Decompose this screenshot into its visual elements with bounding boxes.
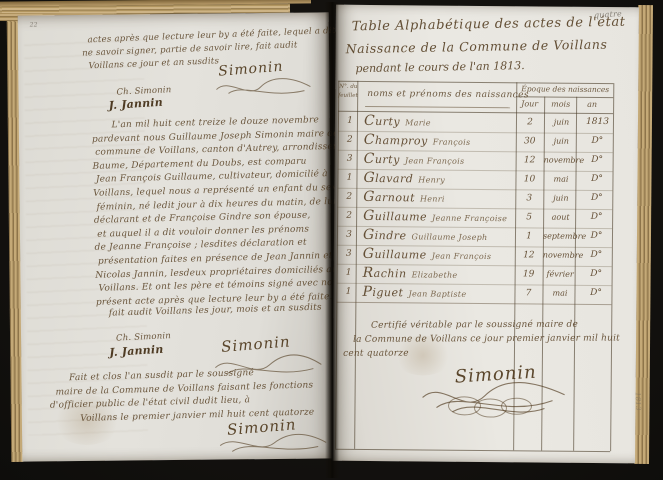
month-cell: juin: [543, 194, 578, 203]
surname: Rachin: [363, 267, 407, 280]
surname: Champroy: [364, 134, 428, 148]
table-title-line: pendant le cours de l'an 1813.: [355, 59, 524, 75]
given-name: Jean François: [405, 156, 465, 166]
given-name: Jean Baptiste: [408, 289, 466, 299]
year-cell: 1813: [579, 117, 616, 127]
given-name: Elizabethe: [412, 270, 458, 279]
names-column-header: noms et prénoms des naissances: [367, 89, 529, 100]
year-cell: D°: [579, 155, 616, 165]
given-name: Jeanne Françoise: [432, 214, 507, 224]
name-cell: CurtyJean François: [364, 151, 465, 168]
folio-cell: 3: [341, 249, 357, 259]
day-cell: 2: [516, 117, 544, 127]
table-top-rule: [338, 81, 613, 84]
name-cell: GuillaumeJean François: [363, 246, 492, 263]
epoch-header-rule: [516, 96, 613, 98]
folio-cell: 1: [342, 116, 358, 126]
year-cell: D°: [578, 174, 615, 184]
name-cell: ChamproyFrançois: [364, 132, 471, 149]
signature-flourish: [214, 432, 332, 457]
year-cell: D°: [577, 288, 614, 298]
day-cell: 12: [515, 250, 543, 260]
table-title-line: Naissance de la Commune de Voillans: [346, 37, 608, 57]
year-cell: D°: [578, 231, 615, 241]
book-gutter-shadow: [325, 2, 339, 478]
month-cell: juin: [544, 118, 579, 127]
folio-cell: 3: [341, 230, 357, 240]
left-page: 22 actes après que lecture leur by a été…: [18, 12, 334, 461]
given-name: Jean François: [432, 252, 492, 262]
witness-signature: J. Jannin: [108, 96, 163, 112]
month-cell: juin: [544, 137, 579, 146]
surname: Guillaume: [363, 248, 427, 262]
surname: Glavard: [363, 172, 413, 185]
day-cell: 30: [516, 136, 544, 146]
year-cell: D°: [578, 269, 615, 279]
year-cell: D°: [579, 136, 616, 146]
signature-flourish: [412, 377, 582, 422]
month-cell: novembre: [543, 251, 578, 260]
table-row: 1 PiguetJean Baptiste 7 mai D°: [336, 283, 611, 305]
surname: Guillaume: [363, 210, 427, 224]
mois-subheader: mois: [551, 100, 570, 109]
margin-scribble: 1813: [634, 392, 642, 411]
previous-act-closing-paragraph: actes après que lecture leur by a été fa…: [87, 25, 336, 73]
given-name: Henry: [418, 175, 445, 184]
manuscript-line: Certifié véritable par le soussigné mair…: [371, 317, 620, 332]
epoch-column-header: Époque des naissances: [521, 84, 609, 94]
day-cell: 7: [514, 288, 542, 298]
year-cell: D°: [578, 193, 615, 203]
name-cell: GuillaumeJeanne Françoise: [363, 208, 507, 225]
folio-column-header: feuillet: [338, 93, 358, 99]
month-cell: février: [543, 270, 578, 279]
scanned-register-photo: 22 actes après que lecture leur by a été…: [0, 0, 663, 480]
an-subheader: an: [587, 100, 597, 109]
folio-cell: 2: [341, 211, 357, 221]
signature-flourish: [208, 74, 318, 101]
corner-pencil-number: 22: [30, 21, 38, 28]
folio-cell: 2: [342, 135, 358, 145]
year-cell: D°: [578, 250, 615, 260]
table-bottom-rule: [335, 449, 610, 452]
jour-subheader: Jour: [521, 99, 538, 108]
name-cell: RachinElizabethe: [363, 265, 458, 282]
witness-signature: J. Jannin: [109, 343, 164, 359]
name-cell: GarnoutHenri: [363, 189, 445, 206]
witness-signature: Ch. Simonin: [116, 85, 171, 97]
manuscript-line: la Commune de Voillans ce jour premier j…: [353, 331, 620, 346]
given-name: Marie: [405, 118, 431, 127]
name-cell: PiguetJean Baptiste: [362, 284, 466, 301]
day-cell: 10: [515, 174, 543, 184]
certification-paragraph: Certifié véritable par le soussigné mair…: [371, 317, 620, 360]
folio-cell: 2: [341, 192, 357, 202]
folio-column-header: N°. du: [339, 84, 357, 90]
surname: Garnout: [363, 191, 415, 204]
names-header-underline: [365, 106, 510, 108]
manuscript-line: cent quatorze: [343, 345, 620, 360]
month-cell: novembre: [544, 156, 579, 165]
name-cell: CurtyMarie: [364, 113, 431, 130]
day-cell: 12: [516, 155, 544, 165]
year-cell: D°: [578, 212, 615, 222]
month-cell: mai: [542, 288, 577, 297]
folio-cell: 1: [340, 287, 356, 297]
table-title-line: Table Alphabétique des actes de l'état: [352, 15, 626, 35]
given-name: Henri: [420, 194, 445, 203]
folio-cell: 1: [341, 268, 357, 278]
surname: Piguet: [362, 286, 403, 299]
given-name: Guillaume Joseph: [412, 232, 488, 242]
day-cell: 3: [515, 193, 543, 203]
name-cell: GlavardHenry: [363, 170, 445, 187]
folio-cell: 3: [342, 154, 358, 164]
folio-cell: 1: [341, 173, 357, 183]
day-cell: 19: [515, 269, 543, 279]
month-cell: septembre: [543, 232, 578, 241]
given-name: François: [433, 138, 471, 147]
right-page: quatre Table Alphabétique des actes de l…: [332, 5, 639, 464]
surname: Gindre: [363, 229, 407, 242]
name-cell: GindreGuillaume Joseph: [363, 227, 488, 244]
surname: Curty: [364, 115, 400, 128]
month-cell: mai: [543, 175, 578, 184]
day-cell: 1: [515, 231, 543, 241]
surname: Curty: [364, 153, 400, 166]
month-cell: aout: [543, 213, 578, 222]
day-cell: 5: [515, 212, 543, 222]
